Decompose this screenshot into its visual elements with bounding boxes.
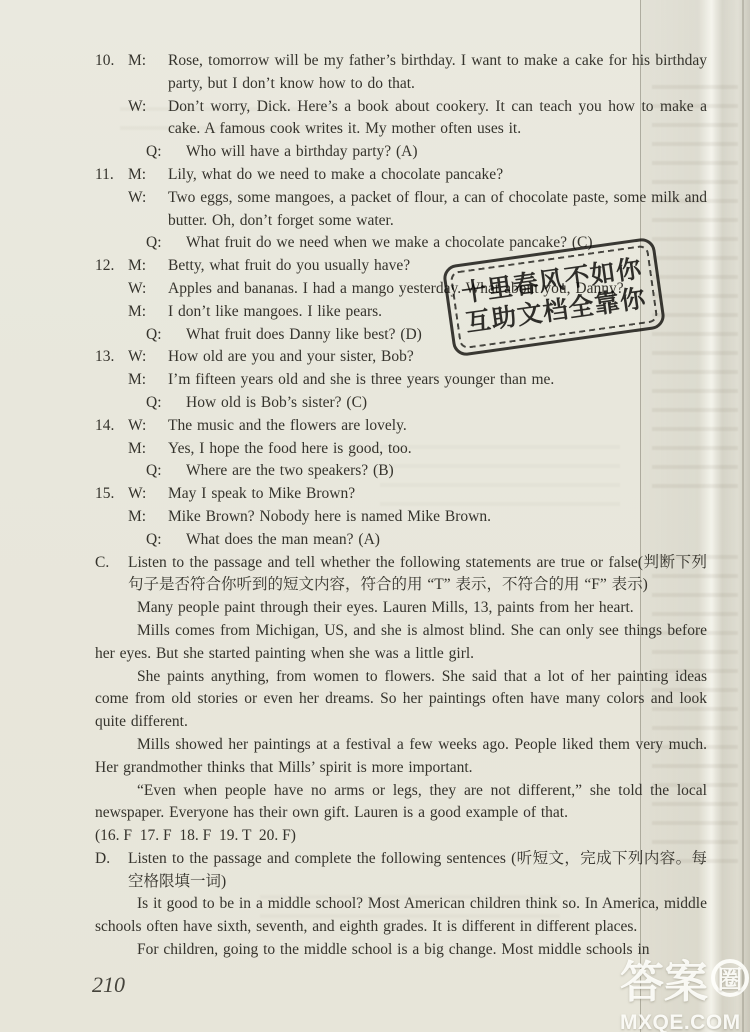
speaker-label: Q: (146, 529, 186, 552)
dialogue-row: W:Two eggs, some mangoes, a packet of fl… (95, 187, 707, 233)
speaker-label: M: (128, 438, 168, 461)
item-number (95, 278, 128, 301)
speaker-label: W: (128, 483, 168, 506)
page-edge-line (742, 0, 744, 1032)
dialogue-row: 10.M:Rose, tomorrow will be my father’s … (95, 50, 707, 96)
question-row: Q:How old is Bob’s sister? (C) (113, 392, 707, 415)
speaker-label: Q: (146, 460, 186, 483)
dialogue-row: 14.W:The music and the flowers are lovel… (95, 415, 707, 438)
brand-logo: 答案 圈 (620, 946, 750, 1010)
question-text: What does the man mean? (A) (186, 529, 707, 552)
section-d-heading: D.Listen to the passage and complete the… (95, 848, 707, 894)
passage-paragraph: Many people paint through their eyes. La… (95, 597, 707, 620)
speaker-label: W: (128, 415, 168, 438)
item-number (95, 506, 128, 529)
dialogue-text: Yes, I hope the food here is good, too. (168, 438, 707, 461)
item-number: 11. (95, 164, 128, 187)
item-number: 14. (95, 415, 128, 438)
passage-paragraph: “Even when people have no arms or legs, … (95, 780, 707, 826)
section-heading-text: Listen to the passage and complete the f… (128, 848, 707, 894)
passage-paragraph: She paints anything, from women to flowe… (95, 666, 707, 734)
dialogue-row: M:Yes, I hope the food here is good, too… (95, 438, 707, 461)
dialogue-row: 15.W:May I speak to Mike Brown? (95, 483, 707, 506)
speaker-label: M: (128, 255, 168, 278)
passage-paragraph: Mills comes from Michigan, US, and she i… (95, 620, 707, 666)
dialogue-row: W:Don’t worry, Dick. Here’s a book about… (95, 96, 707, 142)
dialogue-row: 11.M:Lily, what do we need to make a cho… (95, 164, 707, 187)
dialogue-text: How old are you and your sister, Bob? (168, 346, 707, 369)
brand-name-text: 答案 (620, 946, 708, 1010)
page-body: 10.M:Rose, tomorrow will be my father’s … (95, 50, 707, 962)
dialogue-text: Don’t worry, Dick. Here’s a book about c… (168, 96, 707, 142)
passage-paragraph: For children, going to the middle school… (95, 939, 707, 962)
speaker-label: Q: (146, 392, 186, 415)
item-number (95, 369, 128, 392)
question-row: Q:Who will have a birthday party? (A) (113, 141, 707, 164)
item-number (113, 324, 146, 347)
section-heading-text: Listen to the passage and tell whether t… (128, 552, 707, 598)
speaker-label: W: (128, 96, 168, 142)
speaker-label: W: (128, 346, 168, 369)
speaker-label: M: (128, 369, 168, 392)
question-row: Q:Where are the two speakers? (B) (113, 460, 707, 483)
dialogue-text: May I speak to Mike Brown? (168, 483, 707, 506)
item-number (113, 141, 146, 164)
item-number (113, 392, 146, 415)
brand-url: MXQE.COM (620, 1011, 750, 1032)
speaker-label: Q: (146, 324, 186, 347)
speaker-label: Q: (146, 141, 186, 164)
passage-paragraph: Mills showed her paintings at a festival… (95, 734, 707, 780)
dialogue-text: Mike Brown? Nobody here is named Mike Br… (168, 506, 707, 529)
site-watermark: 答案 圈 MXQE.COM (620, 946, 750, 1032)
answer-key-line: (16. F 17. F 18. F 19. T 20. F) (95, 825, 707, 848)
question-text: Who will have a birthday party? (A) (186, 141, 707, 164)
item-number (95, 96, 128, 142)
speaker-label: M: (128, 164, 168, 187)
speaker-label: Q: (146, 232, 186, 255)
question-row: Q:What does the man mean? (A) (113, 529, 707, 552)
dialogue-text: Rose, tomorrow will be my father’s birth… (168, 50, 707, 96)
dialogue-text: The music and the flowers are lovely. (168, 415, 707, 438)
dialogue-row: M:I’m fifteen years old and she is three… (95, 369, 707, 392)
item-number (95, 187, 128, 233)
item-number: 13. (95, 346, 128, 369)
item-number (113, 460, 146, 483)
question-text: How old is Bob’s sister? (C) (186, 392, 707, 415)
dialogue-text: I’m fifteen years old and she is three y… (168, 369, 707, 392)
speaker-label: W: (128, 187, 168, 233)
section-c-heading: C.Listen to the passage and tell whether… (95, 552, 707, 598)
speaker-label: M: (128, 301, 168, 324)
section-letter: D. (95, 848, 128, 894)
speaker-label: M: (128, 50, 168, 96)
speaker-label: M: (128, 506, 168, 529)
page-number: 210 (92, 972, 125, 998)
item-number (113, 529, 146, 552)
dialogue-text: Lily, what do we need to make a chocolat… (168, 164, 707, 187)
question-text: Where are the two speakers? (B) (186, 460, 707, 483)
item-number: 10. (95, 50, 128, 96)
speaker-label: W: (128, 278, 168, 301)
dialogue-row: 13.W:How old are you and your sister, Bo… (95, 346, 707, 369)
dialogue-row: M:Mike Brown? Nobody here is named Mike … (95, 506, 707, 529)
dialogue-text: Two eggs, some mangoes, a packet of flou… (168, 187, 707, 233)
item-number: 12. (95, 255, 128, 278)
item-number (95, 438, 128, 461)
item-number: 15. (95, 483, 128, 506)
item-number (95, 301, 128, 324)
item-number (113, 232, 146, 255)
passage-paragraph: Is it good to be in a middle school? Mos… (95, 893, 707, 939)
section-letter: C. (95, 552, 128, 598)
brand-circle-icon: 圈 (711, 959, 749, 997)
